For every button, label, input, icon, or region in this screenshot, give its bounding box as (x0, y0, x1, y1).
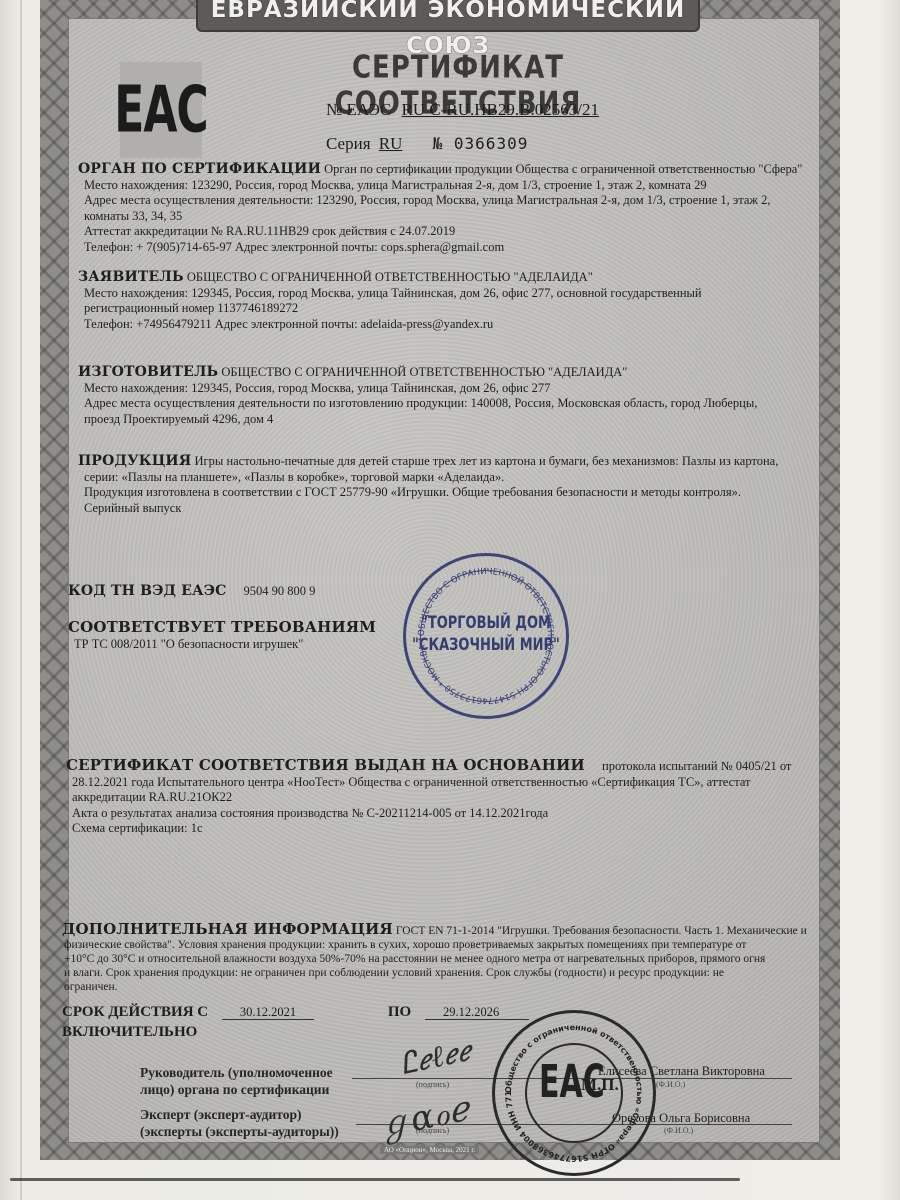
section-lead: Игры настольно-печатные для детей старше… (195, 454, 779, 468)
stamp-ring-text: ОБЩЕСТВО С ОГРАНИЧЕННОЙ ОТВЕТСТВЕННОСТЬЮ… (406, 556, 566, 716)
section-heading: СООТВЕТСТВУЕТ ТРЕБОВАНИЯМ (68, 618, 376, 636)
section-line: проезд Проектируемый 4296, дом 4 (78, 412, 818, 428)
section-line: Место нахождения: 129345, Россия, город … (78, 381, 818, 397)
section-heading: КОД ТН ВЭД ЕАЭС (68, 583, 226, 599)
head-signature-label: Руководитель (уполномоченное лицо) орган… (140, 1064, 333, 1098)
eac-logo-text: ЕАС (114, 73, 207, 147)
section-line: Телефон: + 7(905)714-65-97 Адрес электро… (78, 240, 818, 256)
stamp-eac-logo: ЕАС (539, 1056, 605, 1109)
section-lead: Орган по сертификации продукции Общества… (324, 162, 802, 176)
section-product: ПРОДУКЦИЯ Игры настольно-печатные для де… (78, 454, 818, 516)
trade-house-stamp: ОБЩЕСТВО С ОГРАНИЧЕННОЙ ОТВЕТСТВЕННОСТЬЮ… (403, 553, 569, 719)
section-line: ограничен. (62, 980, 822, 994)
section-lead: ОБЩЕСТВО С ОГРАНИЧЕННОЙ ОТВЕТСТВЕННОСТЬЮ… (187, 270, 593, 284)
section-line: комнаты 33, 34, 35 (78, 209, 818, 225)
section-line: Место нахождения: 123290, Россия, город … (78, 178, 818, 194)
section-manufacturer: ИЗГОТОВИТЕЛЬ ОБЩЕСТВО С ОГРАНИЧЕННОЙ ОТВ… (78, 365, 818, 427)
section-line: Аттестат аккредитации № RA.RU.11НВ29 сро… (78, 224, 818, 240)
stamp-line-2: "СКАЗОЧНЫЙ МИР" (406, 636, 566, 656)
validity-inclusive: ВКЛЮЧИТЕЛЬНО (62, 1024, 197, 1041)
section-line: физические свойства". Условия хранения п… (62, 938, 822, 952)
series-label: Серия (326, 134, 371, 153)
section-line: Место нахождения: 129345, Россия, город … (78, 286, 818, 302)
expert-label-line-2: (эксперты (эксперты-аудиторы)) (140, 1123, 339, 1140)
section-line: аккредитации RA.RU.21ОК22 (66, 790, 806, 806)
section-lead: протокола испытаний № 0405/21 от (602, 759, 791, 773)
tn-ved-code: 9504 90 800 9 (244, 584, 316, 598)
name-caption: (Ф.И.О.) (656, 1080, 685, 1089)
expert-label-line-1: Эксперт (эксперт-аудитор) (140, 1106, 339, 1123)
stamp-ring-text: Общество с ограниченной ответственностью… (495, 1013, 653, 1173)
union-banner: ЕВРАЗИЙСКИЙ ЭКОНОМИЧЕСКИЙ СОЮЗ (196, 0, 700, 32)
stamp-line-1: "ТОРГОВЫЙ ДОМ (406, 614, 566, 634)
validity-from-date: 30.12.2021 (222, 1005, 314, 1020)
svg-text:Общество с ограниченной ответс: Общество с ограниченной ответственностью… (495, 1013, 644, 1163)
section-heading: ПРОДУКЦИЯ (78, 453, 191, 469)
section-lead: ГОСТ EN 71-1-2014 "Игрушки. Требования б… (396, 925, 807, 937)
section-line: Адрес места осуществления деятельности п… (78, 396, 818, 412)
validity-from-label: СРОК ДЕЙСТВИЯ С (62, 1004, 208, 1020)
section-line: и влаги. Срок хранения продукции: не огр… (62, 966, 822, 980)
section-certification-body: ОРГАН ПО СЕРТИФИКАЦИИ Орган по сертифика… (78, 162, 818, 255)
section-line: +10°С до 30°С и относительной влажности … (62, 952, 822, 966)
head-label-line-1: Руководитель (уполномоченное (140, 1064, 333, 1081)
section-heading: ДОПОЛНИТЕЛЬНАЯ ИНФОРМАЦИЯ (62, 920, 393, 938)
section-basis: СЕРТИФИКАТ СООТВЕТСТВИЯ ВЫДАН НА ОСНОВАН… (66, 758, 806, 837)
certificate-number-label: № ЕАЭС (326, 100, 391, 119)
section-line: серии: «Пазлы на планшете», «Пазлы в кор… (78, 470, 818, 486)
section-line: Адрес места осуществления деятельности: … (78, 193, 818, 209)
section-heading: ОРГАН ПО СЕРТИФИКАЦИИ (78, 161, 321, 177)
blank-number: № 0366309 (433, 134, 529, 153)
printer-imprint: АО «Опцион», Москва, 2021 г. (380, 1146, 479, 1154)
certification-body-stamp: Общество с ограниченной ответственностью… (492, 1010, 656, 1176)
validity-to-label: ПО (388, 1004, 411, 1020)
paper-edge-shadow (10, 1178, 740, 1181)
name-caption: (Ф.И.О.) (664, 1126, 693, 1135)
section-line: регистрационный номер 1137746189272 (78, 301, 818, 317)
certificate-series: Серия RU № 0366309 (326, 134, 528, 154)
section-line: 28.12.2021 года Испытательного центра «Н… (66, 775, 806, 791)
section-applicant: ЗАЯВИТЕЛЬ ОБЩЕСТВО С ОГРАНИЧЕННОЙ ОТВЕТС… (78, 270, 818, 332)
section-line: Серийный выпуск (78, 501, 818, 517)
paper-fold (20, 0, 22, 1200)
section-lead: ОБЩЕСТВО С ОГРАНИЧЕННОЙ ОТВЕТСТВЕННОСТЬЮ… (221, 365, 627, 379)
section-line: Продукция изготовлена в соответствии с Г… (78, 485, 818, 501)
section-line: Акта о результатах анализа состояния про… (66, 806, 806, 822)
validity-period: СРОК ДЕЙСТВИЯ С 30.12.2021 ПО 29.12.2026 (62, 1004, 539, 1021)
section-heading: ИЗГОТОВИТЕЛЬ (78, 364, 218, 380)
eac-logo: ЕАС (120, 62, 202, 158)
head-label-line-2: лицо) органа по сертификации (140, 1081, 333, 1098)
section-line: Телефон: +74956479211 Адрес электронной … (78, 317, 818, 333)
section-heading: СЕРТИФИКАТ СООТВЕТСТВИЯ ВЫДАН НА ОСНОВАН… (66, 756, 585, 774)
stamp-mp-label: М.П. (581, 1075, 619, 1095)
certificate-number-value: RU C-RU.НВ29.В.02563/21 (402, 100, 599, 119)
series-value: RU (379, 134, 403, 153)
svg-text:ОБЩЕСТВО С ОГРАНИЧЕННОЙ ОТВЕТС: ОБЩЕСТВО С ОГРАНИЧЕННОЙ ОТВЕТСТВЕННОСТЬЮ… (417, 567, 555, 705)
section-heading: ЗАЯВИТЕЛЬ (78, 269, 184, 285)
expert-signature-label: Эксперт (эксперт-аудитор) (эксперты (экс… (140, 1106, 339, 1140)
section-line: Схема сертификации: 1с (66, 821, 806, 837)
section-additional-info: ДОПОЛНИТЕЛЬНАЯ ИНФОРМАЦИЯ ГОСТ EN 71-1-2… (62, 922, 822, 994)
certificate-number: № ЕАЭС RU C-RU.НВ29.В.02563/21 (326, 100, 599, 120)
